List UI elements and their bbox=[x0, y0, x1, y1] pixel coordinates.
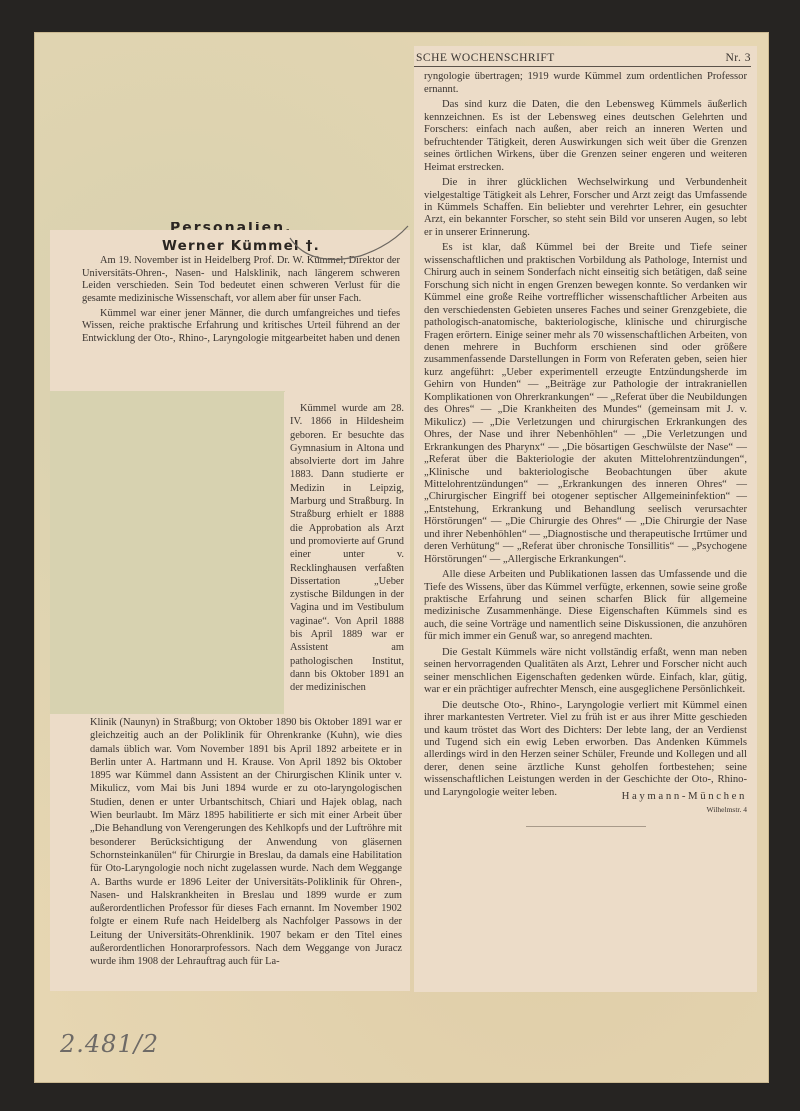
paragraph: Klinik (Naunyn) in Straßburg; von Oktobe… bbox=[90, 716, 402, 969]
pencil-stroke-icon bbox=[230, 218, 410, 278]
paragraph: Die Gestalt Kümmels wäre nicht vollständ… bbox=[424, 647, 747, 697]
paragraph: Es ist klar, daß Kümmel bei der Breite u… bbox=[424, 242, 747, 566]
clipping-left-strip: Kümmel wurde am 28. IV. 1866 in Hildeshe… bbox=[284, 392, 410, 718]
journal-header: SCHE WOCHENSCHRIFT Nr. 3 bbox=[414, 46, 751, 67]
clipping-left-bottom: Klinik (Naunyn) in Straßburg; von Oktobe… bbox=[50, 714, 410, 991]
journal-title: SCHE WOCHENSCHRIFT bbox=[416, 52, 555, 64]
paragraph: Kümmel war einer jener Männer, die durch… bbox=[82, 308, 400, 345]
paragraph: Kümmel wurde am 28. IV. 1866 in Hildeshe… bbox=[290, 402, 404, 695]
issue-number: Nr. 3 bbox=[726, 52, 752, 64]
author-address: Wilhelmstr. 4 bbox=[424, 804, 747, 816]
paragraph: Das sind kurz die Daten, die den Lebensw… bbox=[424, 99, 747, 174]
torn-area bbox=[50, 391, 285, 721]
paragraph: ryngologie übertragen; 1919 wurde Kümmel… bbox=[424, 71, 747, 96]
end-rule bbox=[526, 826, 646, 827]
paragraph: Alle diese Arbeiten und Publikationen la… bbox=[424, 569, 747, 644]
pencil-annotation: 2.481/2 bbox=[60, 1030, 159, 1058]
paragraph: Die deutsche Oto-, Rhino-, Laryngologie … bbox=[424, 700, 747, 800]
paragraph: Die in ihrer glücklichen Wechselwirkung … bbox=[424, 177, 747, 239]
clipping-right-column: SCHE WOCHENSCHRIFT Nr. 3 ryngologie über… bbox=[414, 46, 757, 992]
